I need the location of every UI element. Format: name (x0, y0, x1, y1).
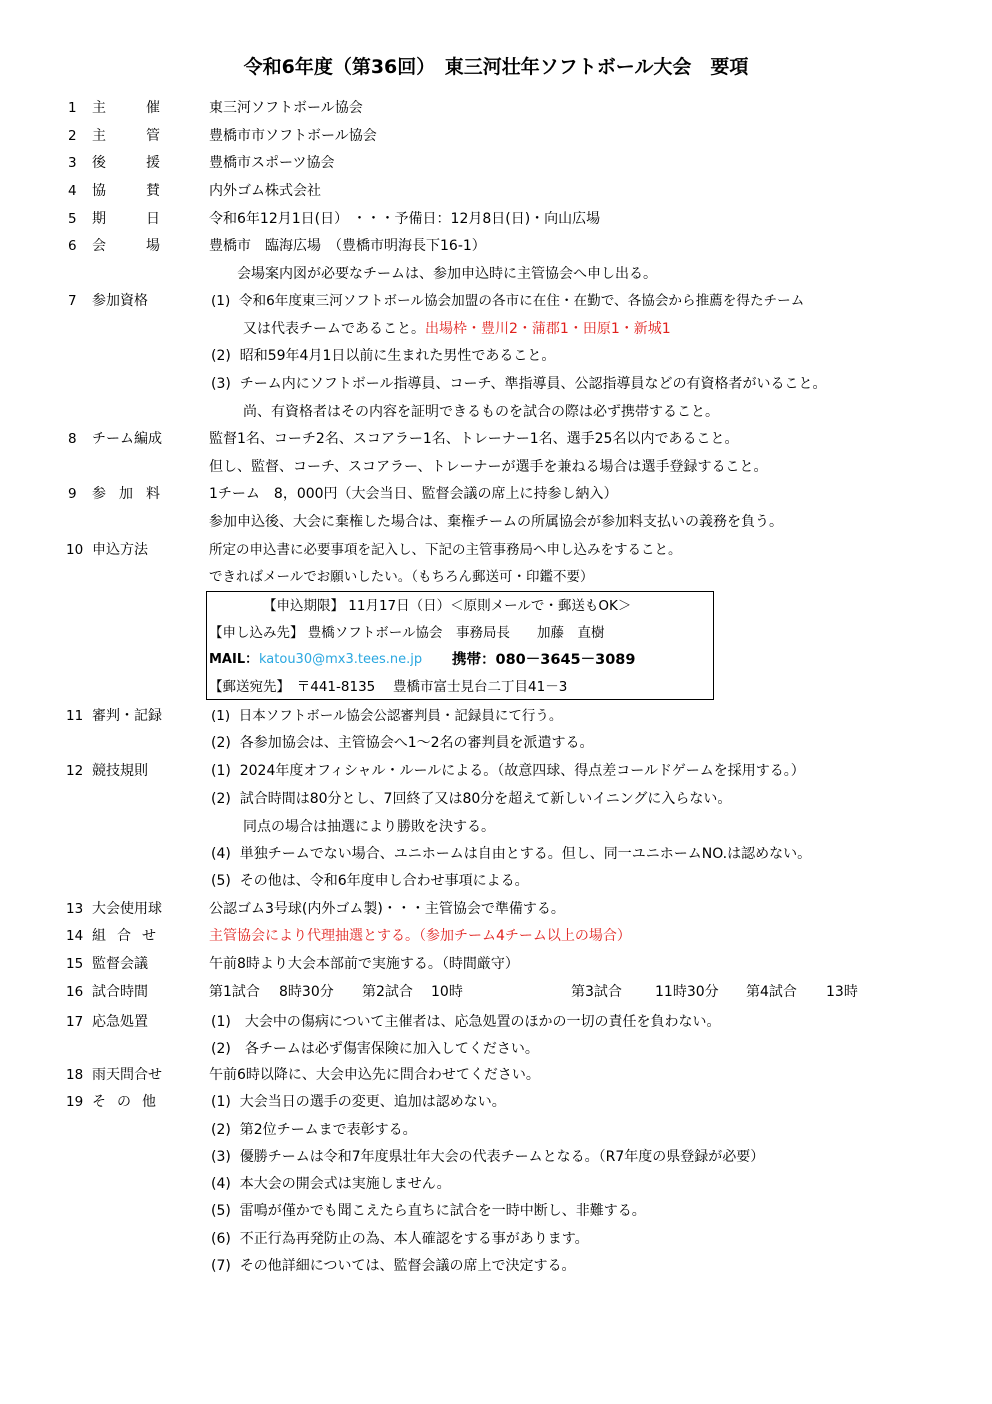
section-label: 申込方法 (92, 538, 148, 562)
game-3-time: 11時30分 (655, 980, 719, 1004)
section-content: 午前8時より大会本部前で実施する。（時間厳守） (209, 952, 519, 976)
quota-highlight: 出場枠・豊川2・蒲郡1・田原1・新城1 (425, 321, 671, 337)
section-official-ball: 13 大会使用球 公認ゴム3号球(内外ゴム製)・・・主管協会で準備する。 (0, 897, 992, 921)
label-char: せ (142, 924, 156, 948)
label-char: 賛 (146, 179, 160, 203)
section-date: 5 期日 令和6年12月1日(日） ・・・予備日：12月8日(日)・向山広場 (0, 207, 992, 231)
section-label: 参加資格 (92, 289, 148, 313)
section-eligibility-line: (2) 昭和59年4月1日以前に生まれた男性であること。 (0, 344, 992, 368)
section-number: 7 (68, 289, 94, 313)
section-other: 19 その他 (1) 大会当日の選手の変更、追加は認めない。 (0, 1090, 992, 1114)
contact-text: 【申し込み先】 豊橋ソフトボール協会 事務局長 加藤 直樹 (209, 622, 605, 644)
section-application: 10 申込方法 所定の申込書に必要事項を記入し、下記の主管事務局へ申し込みをする… (0, 538, 992, 562)
section-fee: 9 参加料 1チーム 8，000円（大会当日、監督会議の席上に持参し納入） (0, 482, 992, 506)
label-char: 日 (146, 207, 160, 231)
section-content: (1) 大会中の傷病について主催者は、応急処置のほかの一切の責任を負わない。 (211, 1010, 721, 1034)
section-managers-meeting: 15 監督会議 午前8時より大会本部前で実施する。（時間厳守） (0, 952, 992, 976)
mail-label: MAIL： (209, 649, 258, 671)
section-label: 組合せ (92, 924, 156, 948)
section-application-line: できればメールでお願いしたい。（もちろん郵送可・印鑑不要） (0, 565, 992, 589)
label-char: 参 (92, 482, 106, 506)
section-number: 13 (66, 897, 92, 921)
section-label: 試合時間 (92, 980, 148, 1004)
section-label: その他 (92, 1090, 156, 1114)
section-rules: 12 競技規則 (1) 2024年度オフィシャル・ルールによる。（故意四球、得点… (0, 759, 992, 783)
section-content: (3) 優勝チームは令和7年度県壮年大会の代表チームとなる。（R7年度の県登録が… (211, 1145, 764, 1169)
section-content: (1) 大会当日の選手の変更、追加は認めない。 (211, 1090, 506, 1114)
section-label: 期日 (92, 207, 160, 231)
section-content: (3) チーム内にソフトボール指導員、コーチ、準指導員、公認指導員などの有資格者… (211, 372, 826, 396)
section-label: 監督会議 (92, 952, 148, 976)
section-umpire-record-line: (2) 各参加協会は、主管協会へ1～2名の審判員を派遣する。 (0, 731, 992, 755)
section-content: (7) その他詳細については、監督会議の席上で決定する。 (211, 1254, 575, 1278)
section-number: 12 (66, 759, 92, 783)
game-4-name: 第4試合 (746, 980, 797, 1004)
section-number: 5 (68, 207, 94, 231)
section-organizer: 1 主催 東三河ソフトボール協会 (0, 96, 992, 120)
page-title: 令和6年度（第36回） 東三河壮年ソフトボール大会 要項 (0, 52, 992, 79)
section-content: (2) 試合時間は80分とし、7回終了又は80分を超えて新しいイニングに入らない… (211, 787, 731, 811)
label-char: 管 (146, 124, 160, 148)
section-label: 主催 (92, 96, 160, 120)
section-other-line: (3) 優勝チームは令和7年度県壮年大会の代表チームとなる。（R7年度の県登録が… (0, 1145, 992, 1169)
label-char: 協 (92, 179, 106, 203)
section-number: 9 (68, 482, 94, 506)
application-info-box: 【申込期限】 11月17日（日）＜原則メールで・郵送もOK＞ 【申し込み先】 豊… (206, 591, 714, 700)
section-content: 尚、有資格者はその内容を証明できるものを試合の際は必ず携帯すること。 (243, 400, 719, 424)
section-eligibility-line: 尚、有資格者はその内容を証明できるものを試合の際は必ず携帯すること。 (0, 400, 992, 424)
section-first-aid: 17 応急処置 (1) 大会中の傷病について主催者は、応急処置のほかの一切の責任… (0, 1010, 992, 1034)
section-other-line: (4) 本大会の開会式は実施しません。 (0, 1172, 992, 1196)
section-rules-line: 同点の場合は抽選により勝敗を決する。 (0, 815, 992, 839)
section-content: (6) 不正行為再発防止の為、本人確認をする事があります。 (211, 1227, 589, 1251)
section-content: (5) 雷鳴が僅かでも聞こえたら直ちに試合を一時中断し、非難する。 (211, 1199, 646, 1223)
label-char: の (117, 1090, 131, 1114)
label-char: 後 (92, 151, 106, 175)
deadline-text: 【申込期限】 11月17日（日）＜原則メールで・郵送もOK＞ (263, 595, 631, 617)
section-other-line: (2) 第2位チームまで表彰する。 (0, 1118, 992, 1142)
section-content: 豊橋市スポーツ協会 (209, 151, 334, 175)
label-char: 催 (146, 96, 160, 120)
section-content: 又は代表チームであること。出場枠・豊川2・蒲郡1・田原1・新城1 (243, 317, 671, 341)
game-2-name: 第2試合 (362, 980, 413, 1004)
game-4-time: 13時 (826, 980, 858, 1004)
section-label: 参加料 (92, 482, 160, 506)
section-content: (2) 各チームは必ず傷害保険に加入してください。 (211, 1037, 539, 1061)
label-char: そ (92, 1090, 106, 1114)
section-content: 公認ゴム3号球(内外ゴム製)・・・主管協会で準備する。 (209, 897, 565, 921)
phone-text: 携帯：080－3645－3089 (452, 649, 635, 671)
label-char: 場 (146, 234, 160, 258)
section-number: 2 (68, 124, 94, 148)
section-rules-line: (4) 単独チームでない場合、ユニホームは自由とする。但し、同一ユニホームNO.… (0, 842, 992, 866)
section-number: 14 (66, 924, 92, 948)
section-number: 19 (66, 1090, 92, 1114)
section-content: 令和6年12月1日(日） ・・・予備日：12月8日(日)・向山広場 (209, 207, 600, 231)
section-other-line: (5) 雷鳴が僅かでも聞こえたら直ちに試合を一時中断し、非難する。 (0, 1199, 992, 1223)
label-char: 合 (117, 924, 131, 948)
section-content: (1) 日本ソフトボール協会公認審判員・記録員にて行う。 (211, 704, 562, 728)
section-other-line: (7) その他詳細については、監督会議の席上で決定する。 (0, 1254, 992, 1278)
section-number: 17 (66, 1010, 92, 1034)
label-char: 加 (119, 482, 133, 506)
section-content: (4) 単独チームでない場合、ユニホームは自由とする。但し、同一ユニホームNO.… (211, 842, 811, 866)
section-content: (5) その他は、令和6年度申し合わせ事項による。 (211, 869, 529, 893)
postal-address-text: 【郵送宛先】 〒441-8135 豊橋市富士見台二丁目41－3 (209, 676, 567, 698)
section-number: 3 (68, 151, 94, 175)
label-char: 他 (142, 1090, 156, 1114)
section-sponsor: 4 協賛 内外ゴム株式会社 (0, 179, 992, 203)
section-number: 1 (68, 96, 94, 120)
section-content: 豊橋市市ソフトボール協会 (209, 124, 377, 148)
section-umpire-record: 11 審判・記録 (1) 日本ソフトボール協会公認審判員・記録員にて行う。 (0, 704, 992, 728)
label-char: 期 (92, 207, 106, 231)
label-char: 会 (92, 234, 106, 258)
section-content: 同点の場合は抽選により勝敗を決する。 (243, 815, 495, 839)
section-content: (1) 2024年度オフィシャル・ルールによる。（故意四球、得点差コールドゲーム… (211, 759, 805, 783)
section-label: 協賛 (92, 179, 160, 203)
section-number: 6 (68, 234, 94, 258)
label-char: 主 (92, 96, 106, 120)
section-content: (1) 令和6年度東三河ソフトボール協会加盟の各市に在住・在勤で、各協会から推薦… (211, 289, 804, 313)
section-content: (2) 各参加協会は、主管協会へ1～2名の審判員を派遣する。 (211, 731, 594, 755)
label-char: 主 (92, 124, 106, 148)
section-content: 主管協会により代理抽選とする。（参加チーム4チーム以上の場合） (209, 924, 631, 948)
game-3-name: 第3試合 (571, 980, 622, 1004)
section-other-line: (6) 不正行為再発防止の為、本人確認をする事があります。 (0, 1227, 992, 1251)
section-number: 15 (66, 952, 92, 976)
section-label: 競技規則 (92, 759, 148, 783)
section-content: 所定の申込書に必要事項を記入し、下記の主管事務局へ申し込みをすること。 (209, 538, 682, 562)
section-venue-note: 会場案内図が必要なチームは、参加申込時に主管協会へ申し出る。 (0, 262, 992, 286)
content-text: 又は代表チームであること。 (243, 321, 425, 337)
section-content: 1チーム 8，000円（大会当日、監督会議の席上に持参し納入） (209, 482, 618, 506)
email-link[interactable]: katou30@mx3.tees.ne.jp (259, 649, 422, 671)
section-number: 16 (66, 980, 92, 1004)
section-content: 午前6時以降に、大会申込先に問合わせてください。 (209, 1063, 540, 1087)
section-content: 参加申込後、大会に棄権した場合は、棄権チームの所属協会が参加料支払いの義務を負う… (209, 510, 783, 534)
section-fee-line: 参加申込後、大会に棄権した場合は、棄権チームの所属協会が参加料支払いの義務を負う… (0, 510, 992, 534)
label-char: 料 (146, 482, 160, 506)
section-manager: 2 主管 豊橋市市ソフトボール協会 (0, 124, 992, 148)
section-rules-line: (5) その他は、令和6年度申し合わせ事項による。 (0, 869, 992, 893)
section-eligibility-line: (3) チーム内にソフトボール指導員、コーチ、準指導員、公認指導員などの有資格者… (0, 372, 992, 396)
section-content: 東三河ソフトボール協会 (209, 96, 363, 120)
section-number: 8 (68, 427, 94, 451)
section-content: (2) 第2位チームまで表彰する。 (211, 1118, 417, 1142)
section-game-times: 16 試合時間 第1試合 8時30分 第2試合 10時 第3試合 11時30分 … (0, 980, 992, 1004)
section-content: 内外ゴム株式会社 (209, 179, 321, 203)
label-char: 援 (146, 151, 160, 175)
section-eligibility: 7 参加資格 (1) 令和6年度東三河ソフトボール協会加盟の各市に在住・在勤で、… (0, 289, 992, 313)
section-content: 会場案内図が必要なチームは、参加申込時に主管協会へ申し出る。 (237, 262, 657, 286)
section-label: 審判・記録 (92, 704, 162, 728)
section-label: 大会使用球 (92, 897, 162, 921)
label-char: 組 (92, 924, 106, 948)
game-1-time: 8時30分 (279, 980, 334, 1004)
game-1-name: 第1試合 (209, 980, 260, 1004)
section-draw: 14 組合せ 主管協会により代理抽選とする。（参加チーム4チーム以上の場合） (0, 924, 992, 948)
section-label: チーム編成 (92, 427, 162, 451)
section-label: 応急処置 (92, 1010, 148, 1034)
section-venue: 6 会場 豊橋市 臨海広場 （豊橋市明海長下16-1） (0, 234, 992, 258)
section-eligibility-line: 又は代表チームであること。出場枠・豊川2・蒲郡1・田原1・新城1 (0, 317, 992, 341)
section-label: 後援 (92, 151, 160, 175)
section-rain-inquiry: 18 雨天問合せ 午前6時以降に、大会申込先に問合わせてください。 (0, 1063, 992, 1087)
section-support: 3 後援 豊橋市スポーツ協会 (0, 151, 992, 175)
section-content: 豊橋市 臨海広場 （豊橋市明海長下16-1） (209, 234, 486, 258)
section-first-aid-line: (2) 各チームは必ず傷害保険に加入してください。 (0, 1037, 992, 1061)
section-number: 4 (68, 179, 94, 203)
game-2-time: 10時 (431, 980, 463, 1004)
section-label: 雨天問合せ (92, 1063, 162, 1087)
section-content: (4) 本大会の開会式は実施しません。 (211, 1172, 451, 1196)
section-label: 会場 (92, 234, 160, 258)
section-team-composition: 8 チーム編成 監督1名、コーチ2名、スコアラー1名、トレーナー1名、選手25名… (0, 427, 992, 451)
section-content: 監督1名、コーチ2名、スコアラー1名、トレーナー1名、選手25名以内であること。 (209, 427, 738, 451)
section-content: (2) 昭和59年4月1日以前に生まれた男性であること。 (211, 344, 555, 368)
section-number: 10 (66, 538, 92, 562)
section-team-composition-line: 但し、監督、コーチ、スコアラー、トレーナーが選手を兼ねる場合は選手登録すること。 (0, 455, 992, 479)
section-number: 11 (66, 704, 92, 728)
section-label: 主管 (92, 124, 160, 148)
section-content: できればメールでお願いしたい。（もちろん郵送可・印鑑不要） (209, 565, 593, 589)
section-content: 但し、監督、コーチ、スコアラー、トレーナーが選手を兼ねる場合は選手登録すること。 (209, 455, 767, 479)
section-rules-line: (2) 試合時間は80分とし、7回終了又は80分を超えて新しいイニングに入らない… (0, 787, 992, 811)
section-number: 18 (66, 1063, 92, 1087)
